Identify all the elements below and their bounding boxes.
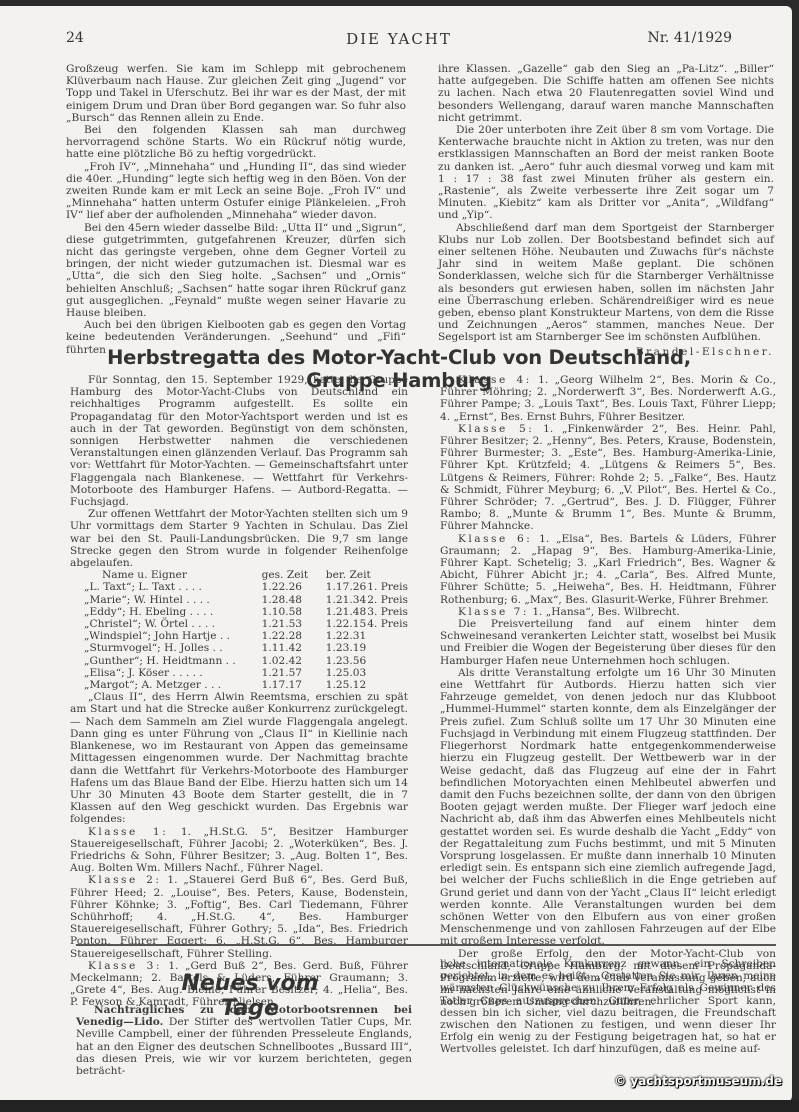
klasse-entry: Klasse 2: 1. „Stauerei Gerd Buß 6“, Bes.… xyxy=(70,874,408,959)
corrected-time: 1.22.31 xyxy=(326,630,367,642)
klasse-label: Klasse 4: xyxy=(458,374,532,386)
magazine-title: DIE YACHT xyxy=(66,30,732,48)
top-article-right-column: ihre Klassen. „Gazelle“ gab den Sieg an … xyxy=(438,63,774,358)
column-header: ber. Zeit xyxy=(326,569,408,581)
paragraph: Bei den 45ern wieder dasselbe Bild: „Utt… xyxy=(66,222,406,320)
yacht-owner: „Marie“; W. Hintel . . . . xyxy=(84,594,262,606)
klasse-text: 1. „Hansa“, Bes. Wilbrecht. xyxy=(532,606,679,618)
klasse-entry: Klasse 1: 1. „H.St.G. 5“, Besitzer Hambu… xyxy=(70,826,408,875)
paragraph: Bei den folgenden Klassen sah man durchw… xyxy=(66,124,406,161)
prize xyxy=(367,642,408,654)
klasse-label: Klasse 1: xyxy=(88,826,168,838)
table-row: „Elisa“; J. Köser . . . . .1.21.571.25.0… xyxy=(84,667,408,679)
klasse-entry: Klasse 6: 1. „Elsa“, Bes. Bartels & Lüde… xyxy=(440,533,776,606)
paragraph: Abschließend darf man dem Sportgeist der… xyxy=(438,222,774,344)
total-time: 1.22.26 xyxy=(262,581,326,593)
table-row: „Margot“; A. Metzger . . .1.17.171.25.12 xyxy=(84,679,408,691)
running-header: 24 DIE YACHT Nr. 41/1929 xyxy=(66,30,732,50)
issue-number: Nr. 41/1929 xyxy=(648,30,732,46)
total-time: 1.17.17 xyxy=(262,679,326,691)
total-time: 1.10.58 xyxy=(262,606,326,618)
corrected-time: 1.23.19 xyxy=(326,642,367,654)
table-row: „Gunther“; H. Heidtmann . .1.02.421.23.5… xyxy=(84,655,408,667)
paragraph: Als dritte Veranstaltung erfolgte um 16 … xyxy=(440,667,776,948)
paragraph: Zur offenen Wettfahrt der Motor-Yachten … xyxy=(70,508,408,569)
column-header: ges. Zeit xyxy=(262,569,326,581)
paragraph: Für Sonntag, den 15. September 1929, hat… xyxy=(70,374,408,508)
prize: 2. Preis xyxy=(367,594,408,606)
paragraph: liche internationale Konkurrenz gewann, … xyxy=(440,958,776,1056)
total-time: 1.28.48 xyxy=(262,594,326,606)
paragraph: ihre Klassen. „Gazelle“ gab den Sieg an … xyxy=(438,63,774,124)
total-time: 1.21.57 xyxy=(262,667,326,679)
total-time: 1.22.28 xyxy=(262,630,326,642)
paragraph: „Froh IV“, „Minnehaha“ und „Hunding II“,… xyxy=(66,161,406,222)
klasse-text: 1. „Finkenwärder 2“, Bes. Heinr. Pahl, F… xyxy=(440,423,776,533)
table-header-row: Name u. Eigner ges. Zeit ber. Zeit xyxy=(84,569,408,581)
paragraph: Nachträgliches zu den Motorbootsrennen b… xyxy=(76,1004,412,1077)
klasse-label: Klasse 7: xyxy=(458,606,529,618)
copyright-watermark: © yachtsportmuseum.de xyxy=(614,1074,782,1088)
section-divider xyxy=(76,944,776,946)
news-left-column: Nachträgliches zu den Motorbootsrennen b… xyxy=(76,1004,412,1077)
klasse-entry: Klasse 4: 1. „Georg Wilhelm 2“, Bes. Mor… xyxy=(440,374,776,423)
results-table: Name u. Eigner ges. Zeit ber. Zeit „L. T… xyxy=(84,569,408,691)
total-time: 1.11.42 xyxy=(262,642,326,654)
paragraph: „Claus II“, des Herrn Alwin Reemtsma, er… xyxy=(70,691,408,825)
yacht-owner: „Windspiel“; John Hartje . . xyxy=(84,630,262,642)
klasse-label: Klasse 6: xyxy=(458,533,532,545)
corrected-time: 1.21.48 xyxy=(326,606,367,618)
top-article-left-column: Großzeug werfen. Sie kam im Schlepp mit … xyxy=(66,63,406,356)
klasse-entry: Klasse 7: 1. „Hansa“, Bes. Wilbrecht. xyxy=(440,606,776,618)
main-article-right-column: Klasse 4: 1. „Georg Wilhelm 2“, Bes. Mor… xyxy=(440,374,776,1009)
corrected-time: 1.25.12 xyxy=(326,679,367,691)
corrected-time: 1.25.03 xyxy=(326,667,367,679)
corrected-time: 1.21.34 xyxy=(326,594,367,606)
klasse-entry: Klasse 5: 1. „Finkenwärder 2“, Bes. Hein… xyxy=(440,423,776,533)
table-row: „Sturmvogel“; H. Jolles . .1.11.421.23.1… xyxy=(84,642,408,654)
paragraph: Die Preisverteilung fand auf einem hinte… xyxy=(440,618,776,667)
prize: 1. Preis xyxy=(367,581,408,593)
klasse-label: Klasse 2: xyxy=(88,874,161,886)
column-header: Name u. Eigner xyxy=(84,569,262,581)
paragraph: Die 20er unterboten ihre Zeit über 8 sm … xyxy=(438,124,774,222)
klasse-label: Klasse 5: xyxy=(458,423,534,435)
corrected-time: 1.22.15 xyxy=(326,618,367,630)
magazine-page: 24 DIE YACHT Nr. 41/1929 Großzeug werfen… xyxy=(0,6,792,1102)
corrected-time: 1.23.56 xyxy=(326,655,367,667)
table-row: „L. Taxt“; L. Taxt . . . .1.22.261.17.26… xyxy=(84,581,408,593)
prize: 4. Preis xyxy=(367,618,408,630)
paragraph: Großzeug werfen. Sie kam im Schlepp mit … xyxy=(66,63,406,124)
prize: 3. Preis xyxy=(367,606,408,618)
yacht-owner: „Gunther“; H. Heidtmann . . xyxy=(84,655,262,667)
yacht-owner: „Sturmvogel“; H. Jolles . . xyxy=(84,642,262,654)
klasse-label: Klasse 3: xyxy=(88,960,162,972)
yacht-owner: „Christel“; W. Örtel . . . . xyxy=(84,618,262,630)
yacht-owner: „Elisa“; J. Köser . . . . . xyxy=(84,667,262,679)
prize xyxy=(367,630,408,642)
yacht-owner: „Eddy“; H. Ebeling . . . . xyxy=(84,606,262,618)
klasse-text: 1. „Stauerei Gerd Buß 6“, Bes. Gerd Buß,… xyxy=(70,874,408,959)
yacht-owner: „Margot“; A. Metzger . . . xyxy=(84,679,262,691)
table-row: „Marie“; W. Hintel . . . .1.28.481.21.34… xyxy=(84,594,408,606)
news-right-column: liche internationale Konkurrenz gewann, … xyxy=(440,958,776,1056)
prize xyxy=(367,667,408,679)
table-row: „Eddy“; H. Ebeling . . . .1.10.581.21.48… xyxy=(84,606,408,618)
yacht-owner: „L. Taxt“; L. Taxt . . . . xyxy=(84,581,262,593)
corrected-time: 1.17.26 xyxy=(326,581,367,593)
table-row: „Windspiel“; John Hartje . .1.22.281.22.… xyxy=(84,630,408,642)
table-row: „Christel“; W. Örtel . . . .1.21.531.22.… xyxy=(84,618,408,630)
prize xyxy=(367,655,408,667)
scan-edge xyxy=(0,1100,799,1112)
prize xyxy=(367,679,408,691)
total-time: 1.02.42 xyxy=(262,655,326,667)
total-time: 1.21.53 xyxy=(262,618,326,630)
main-article-left-column: Für Sonntag, den 15. September 1929, hat… xyxy=(70,374,408,1009)
